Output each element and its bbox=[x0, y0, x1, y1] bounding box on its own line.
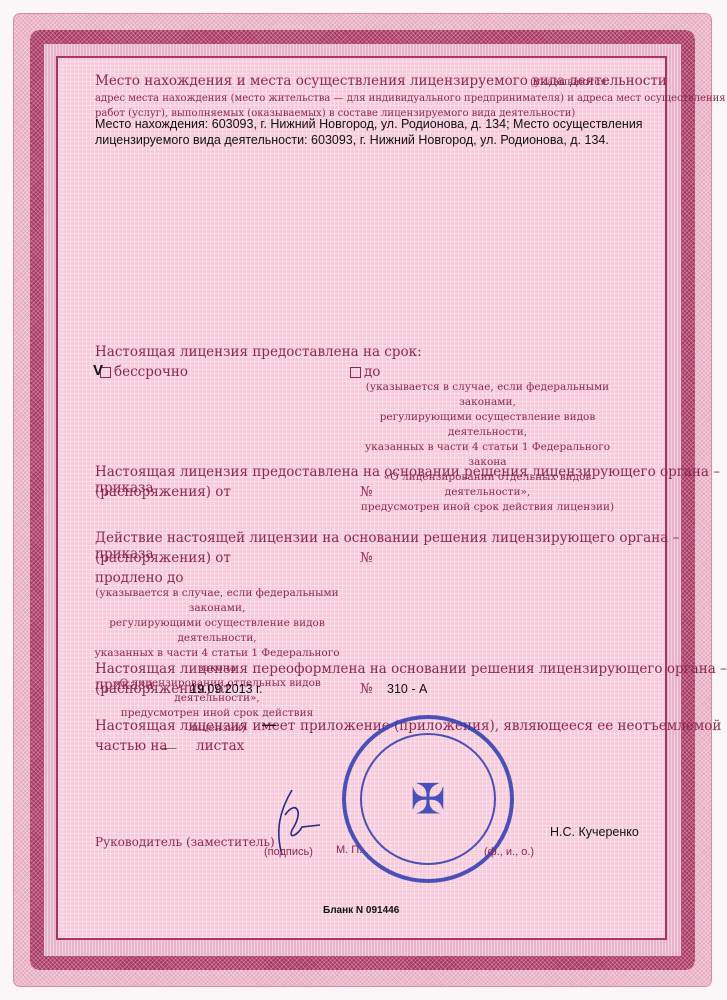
term-note-line: предусмотрен иной срок действия лицензии… bbox=[355, 500, 620, 515]
appendix-line-2b: листах bbox=[196, 738, 244, 754]
extended-line-2: (распоряжения) от bbox=[95, 550, 231, 566]
reissued-number-label: № bbox=[360, 681, 373, 697]
granted-number-label: № bbox=[360, 484, 373, 500]
term-option-until: до bbox=[364, 364, 380, 380]
granted-line-2: (распоряжения) от bbox=[95, 484, 231, 500]
term-heading: Настоящая лицензия предоставлена на срок… bbox=[95, 344, 422, 360]
name-caption: (ф., и., о.) bbox=[484, 846, 534, 858]
check-mark-icon: V bbox=[93, 362, 103, 379]
extended-number-label: № bbox=[360, 550, 373, 566]
location-value-1: Место нахождения: 603093, г. Нижний Новг… bbox=[95, 117, 643, 131]
coat-of-arms-icon: ✠ bbox=[410, 775, 445, 824]
location-value-2: лицензируемого вида деятельности: 603093… bbox=[95, 133, 609, 147]
appendix-sheets: __ bbox=[162, 735, 176, 750]
appendix-line-2a: частью на bbox=[95, 738, 167, 754]
term-note-line: (указывается в случае, если федеральными… bbox=[355, 380, 620, 410]
signature-caption: (подпись) bbox=[264, 846, 313, 858]
reissued-number: 310 - А bbox=[387, 682, 427, 696]
extended-note-line: регулирующими осуществление видов деятел… bbox=[92, 616, 342, 646]
appendix-line-1b: приложение (приложения), являющееся ее н… bbox=[300, 718, 721, 734]
extended-note-line: (указывается в случае, если федеральными… bbox=[92, 586, 342, 616]
extended-until: продлено до bbox=[95, 570, 184, 586]
location-hint-2: адрес места нахождения (место жительства… bbox=[95, 91, 640, 106]
signatory-name: Н.С. Кучеренко bbox=[550, 825, 639, 839]
location-hint-1: (указываются bbox=[530, 75, 607, 90]
term-option-unlimited: бессрочно bbox=[114, 364, 188, 380]
stamp-caption: М. П. bbox=[336, 844, 362, 856]
blank-number: Бланк N 091446 bbox=[323, 905, 399, 916]
reissued-date: 19.09.2013 г. bbox=[190, 682, 263, 696]
appendix-count: — bbox=[262, 716, 276, 732]
term-note-line: регулирующими осуществление видов деятел… bbox=[355, 410, 620, 440]
checkbox-until[interactable] bbox=[350, 367, 361, 378]
signatory-role: Руководитель (заместитель) bbox=[95, 835, 275, 849]
